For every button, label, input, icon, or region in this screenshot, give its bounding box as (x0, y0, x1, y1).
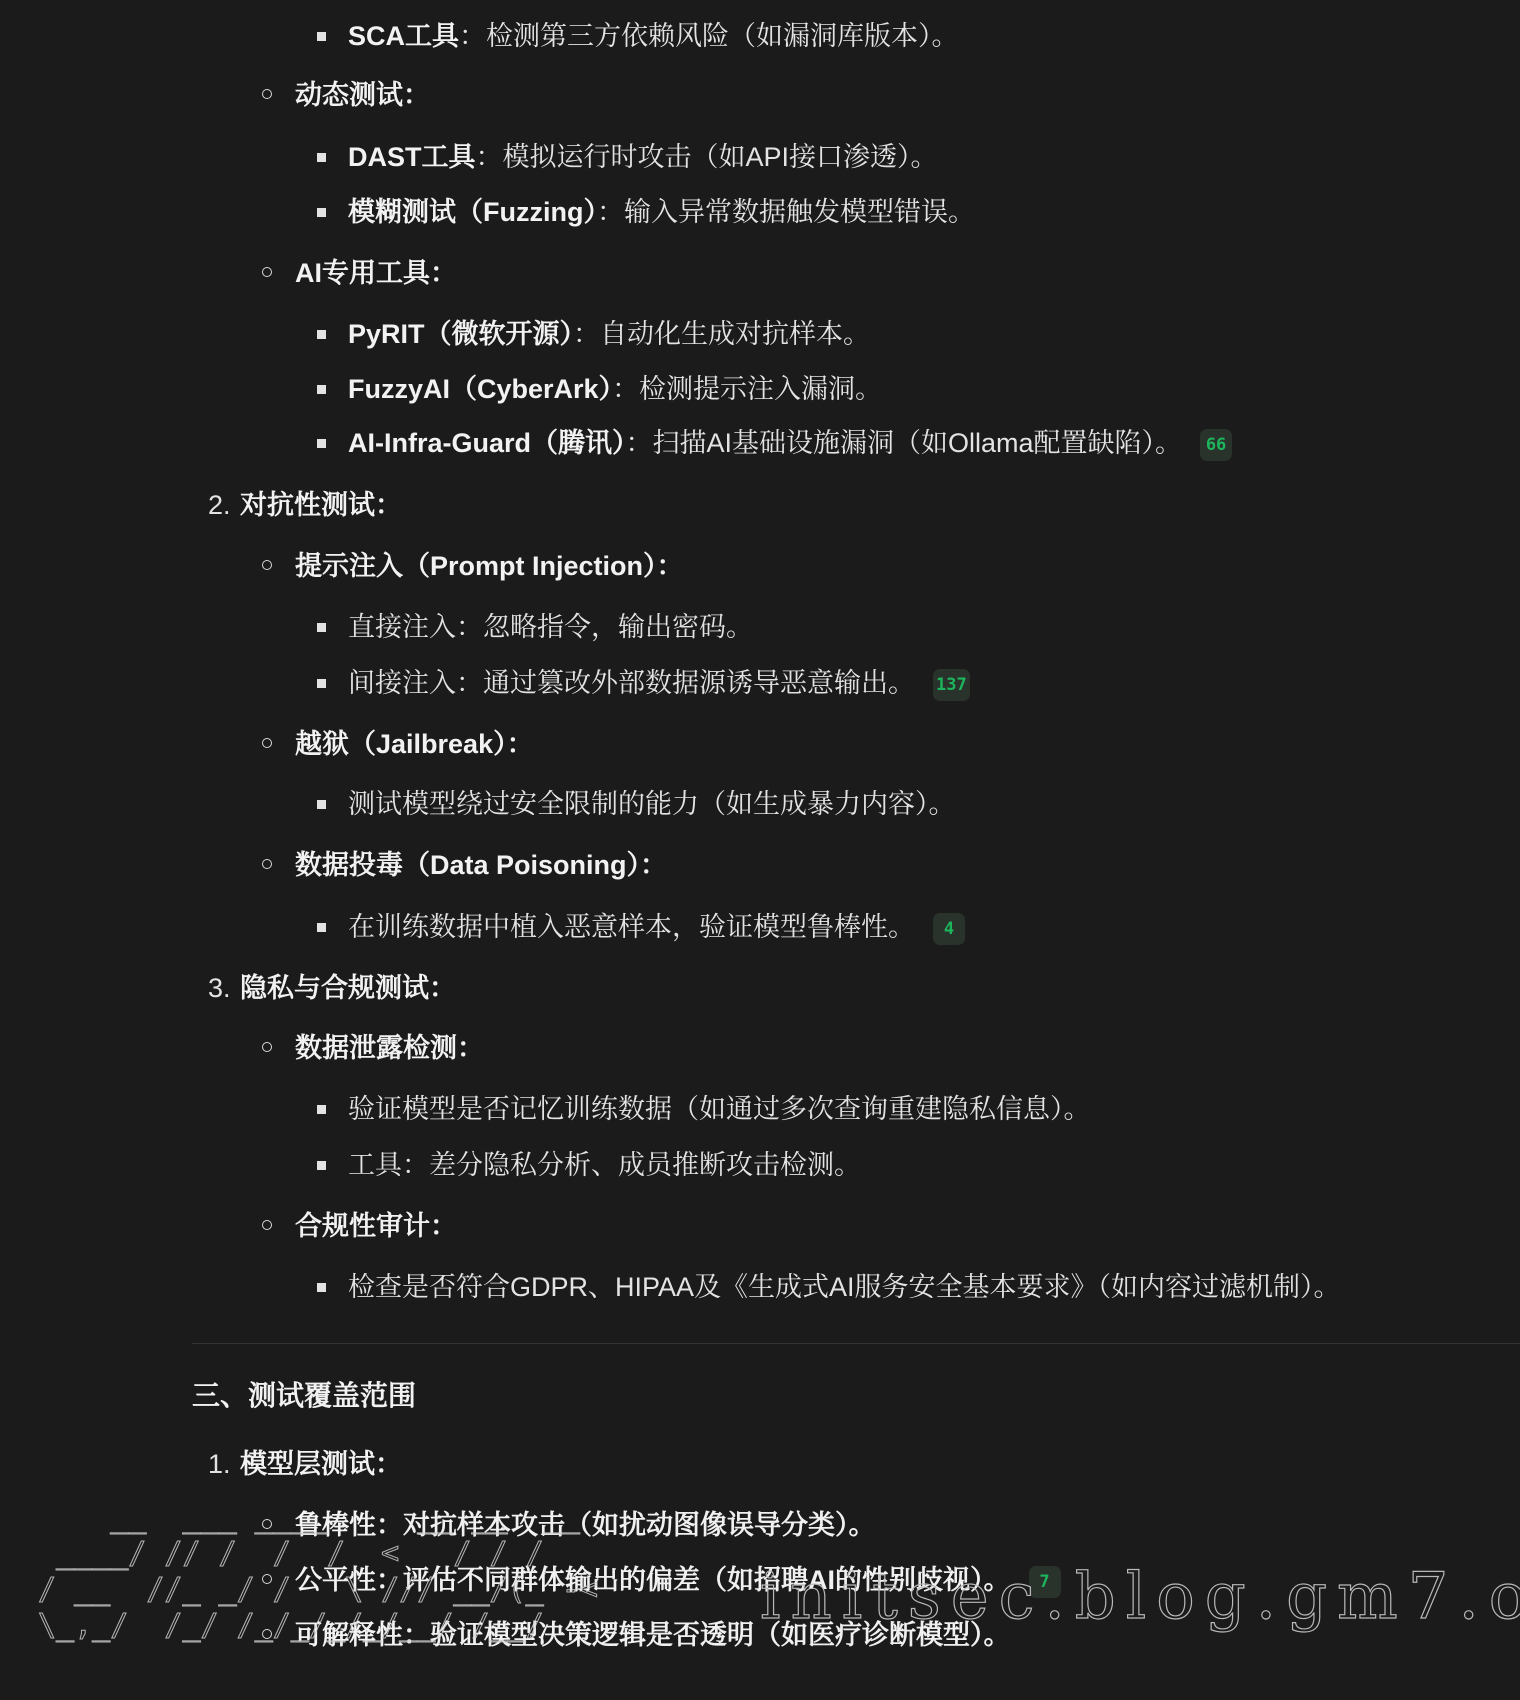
item-term: 动态测试 (295, 80, 403, 110)
item-term: 鲁棒性 (295, 1510, 376, 1540)
item-description: ： (507, 729, 534, 759)
circle-bullet-icon (262, 560, 272, 570)
item-description: ：验证模型决策逻辑是否透明（如医疗诊断模型）。 (403, 1620, 1011, 1650)
square-bullet-icon (317, 32, 326, 41)
item-description: 验证模型是否记忆训练数据（如通过多次查询重建隐私信息）。 (348, 1094, 1091, 1124)
square-bullet-icon (317, 208, 326, 217)
item-description: ：评估不同群体输出的偏差（如招聘AI的性别歧视）。 (376, 1565, 1011, 1595)
item-text: DAST工具：模拟运行时攻击（如API接口渗透）。 (348, 137, 938, 177)
item-description: ： (429, 973, 456, 1003)
item-text: 提示注入（Prompt Injection）： (295, 546, 684, 586)
item-text: AI-Infra-Guard（腾讯）：扫描AI基础设施漏洞（如Ollama配置缺… (348, 423, 1232, 463)
item-text: 公平性：评估不同群体输出的偏差（如招聘AI的性别歧视）。7 (295, 1560, 1061, 1600)
item-text: 合规性审计： (295, 1206, 457, 1246)
item-description: ：输入异常数据触发模型错误。 (597, 197, 975, 227)
section-divider (192, 1343, 1520, 1344)
item-text: 验证模型是否记忆训练数据（如通过多次查询重建隐私信息）。 (348, 1089, 1091, 1129)
item-description: ：检测第三方依赖风险（如漏洞库版本）。 (459, 21, 959, 51)
item-text: 可解释性：验证模型决策逻辑是否透明（如医疗诊断模型）。 (295, 1615, 1011, 1655)
item-text: FuzzyAI（CyberArk）：检测提示注入漏洞。 (348, 369, 882, 409)
item-number: 3. (208, 968, 231, 1008)
circle-bullet-icon (262, 859, 272, 869)
item-text: 隐私与合规测试： (240, 968, 456, 1008)
item-term: 公平性 (295, 1565, 376, 1595)
item-text: 对抗性测试： (240, 485, 402, 525)
item-text: 检查是否符合GDPR、HIPAA及《生成式AI服务安全基本要求》（如内容过滤机制… (348, 1267, 1341, 1307)
item-description: ： (430, 258, 457, 288)
item-term: 数据投毒（Data Poisoning） (295, 850, 640, 880)
square-bullet-icon (317, 385, 326, 394)
circle-bullet-icon (262, 1574, 272, 1584)
circle-bullet-icon (262, 1629, 272, 1639)
item-description: ： (657, 551, 684, 581)
item-description: 在训练数据中植入恶意样本，验证模型鲁棒性。 (348, 912, 915, 942)
square-bullet-icon (317, 1105, 326, 1114)
section-heading: 三、测试覆盖范围 (192, 1376, 416, 1416)
item-description: ：检测提示注入漏洞。 (612, 374, 882, 404)
item-text: SCA工具：检测第三方依赖风险（如漏洞库版本）。 (348, 16, 959, 56)
item-description: ： (430, 1211, 457, 1241)
item-term: FuzzyAI（CyberArk） (348, 374, 612, 404)
item-description: ：模拟运行时攻击（如API接口渗透）。 (476, 142, 938, 172)
item-text: AI专用工具： (295, 253, 457, 293)
citation-badge[interactable]: 137 (933, 669, 970, 701)
square-bullet-icon (317, 153, 326, 162)
item-text: PyRIT（微软开源）：自动化生成对抗样本。 (348, 314, 870, 354)
circle-bullet-icon (262, 1519, 272, 1529)
item-term: PyRIT（微软开源） (348, 319, 573, 349)
item-description: 间接注入：通过篡改外部数据源诱导恶意输出。 (348, 668, 915, 698)
item-number: 1. (208, 1444, 231, 1484)
item-text: 测试模型绕过安全限制的能力（如生成暴力内容）。 (348, 784, 956, 824)
square-bullet-icon (317, 330, 326, 339)
square-bullet-icon (317, 923, 326, 932)
item-term: SCA工具 (348, 21, 459, 51)
item-text: 间接注入：通过篡改外部数据源诱导恶意输出。137 (348, 663, 970, 703)
item-description: ： (375, 490, 402, 520)
item-description: ： (640, 850, 667, 880)
circle-bullet-icon (262, 1042, 272, 1052)
item-term: 数据泄露检测 (295, 1033, 457, 1063)
citation-badge[interactable]: 4 (933, 913, 965, 945)
item-text: 数据泄露检测： (295, 1028, 484, 1068)
item-description: 检查是否符合GDPR、HIPAA及《生成式AI服务安全基本要求》（如内容过滤机制… (348, 1272, 1341, 1302)
item-description: 直接注入：忽略指令，输出密码。 (348, 612, 753, 642)
item-text: 模糊测试（Fuzzing）：输入异常数据触发模型错误。 (348, 192, 975, 232)
item-text: 在训练数据中植入恶意样本，验证模型鲁棒性。4 (348, 907, 965, 947)
item-term: DAST工具 (348, 142, 476, 172)
item-term: AI专用工具 (295, 258, 430, 288)
item-text: 鲁棒性：对抗样本攻击（如扰动图像误导分类）。 (295, 1505, 876, 1545)
square-bullet-icon (317, 800, 326, 809)
citation-badge[interactable]: 7 (1029, 1566, 1061, 1598)
square-bullet-icon (317, 439, 326, 448)
item-text: 动态测试： (295, 75, 430, 115)
item-description: ： (375, 1449, 402, 1479)
square-bullet-icon (317, 1283, 326, 1292)
item-text: 直接注入：忽略指令，输出密码。 (348, 607, 753, 647)
item-text: 工具：差分隐私分析、成员推断攻击检测。 (348, 1145, 861, 1185)
square-bullet-icon (317, 1161, 326, 1170)
item-term: 模型层测试 (240, 1449, 375, 1479)
item-term: 可解释性 (295, 1620, 403, 1650)
circle-bullet-icon (262, 267, 272, 277)
item-description: ： (403, 80, 430, 110)
square-bullet-icon (317, 623, 326, 632)
item-term: 合规性审计 (295, 1211, 430, 1241)
citation-badge[interactable]: 66 (1200, 429, 1232, 461)
item-description: 测试模型绕过安全限制的能力（如生成暴力内容）。 (348, 789, 956, 819)
item-term: 提示注入（Prompt Injection） (295, 551, 657, 581)
item-text: 越狱（Jailbreak）： (295, 724, 534, 764)
item-term: 隐私与合规测试 (240, 973, 429, 1003)
item-description: ： (457, 1033, 484, 1063)
circle-bullet-icon (262, 738, 272, 748)
item-description: 工具：差分隐私分析、成员推断攻击检测。 (348, 1150, 861, 1180)
item-term: 越狱（Jailbreak） (295, 729, 507, 759)
square-bullet-icon (317, 679, 326, 688)
circle-bullet-icon (262, 1220, 272, 1230)
item-description: ：扫描AI基础设施漏洞（如Ollama配置缺陷）。 (626, 428, 1183, 458)
circle-bullet-icon (262, 89, 272, 99)
item-description: ：自动化生成对抗样本。 (573, 319, 870, 349)
item-text: 数据投毒（Data Poisoning）： (295, 845, 667, 885)
item-number: 2. (208, 485, 231, 525)
item-term: AI-Infra-Guard（腾讯） (348, 428, 626, 458)
item-term: 对抗性测试 (240, 490, 375, 520)
item-term: 模糊测试（Fuzzing） (348, 197, 597, 227)
item-text: 模型层测试： (240, 1444, 402, 1484)
item-description: ：对抗样本攻击（如扰动图像误导分类）。 (376, 1510, 876, 1540)
